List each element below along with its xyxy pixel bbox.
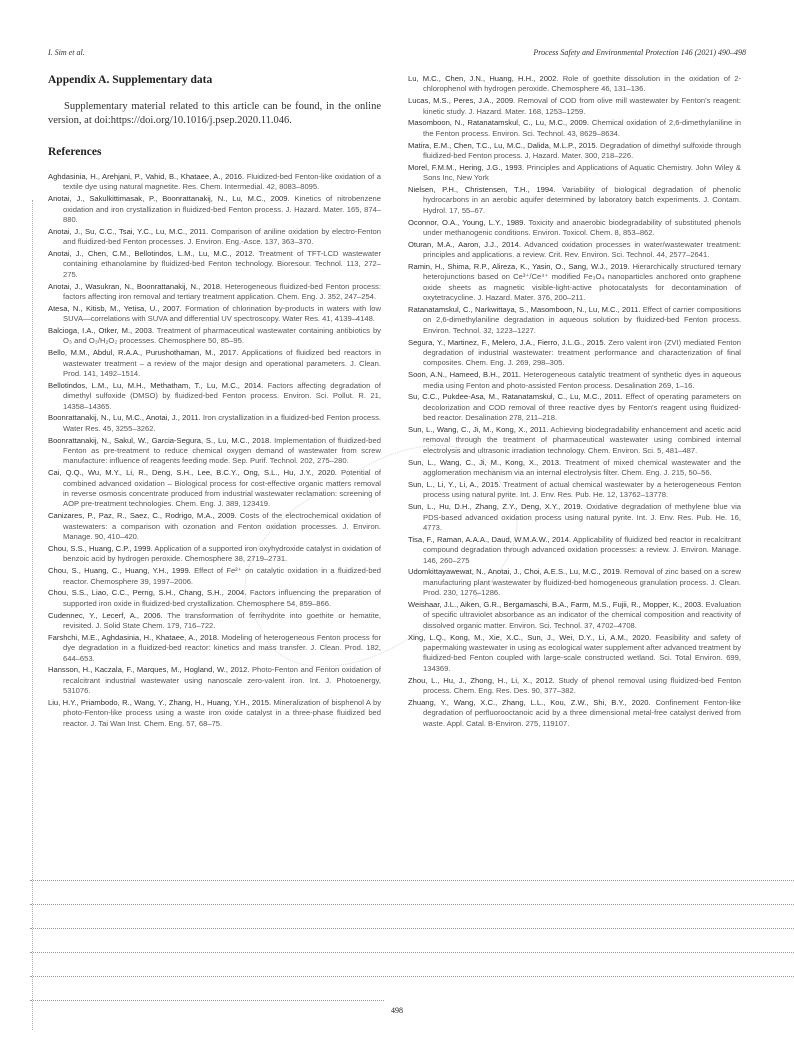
dotted-line: [30, 1000, 384, 1001]
reference-item: Sun, L., Hu, D.H., Zhang, Z.Y., Deng, X.…: [408, 502, 741, 533]
reference-item: Oturan, M.A., Aaron, J.J., 2014. Advance…: [408, 240, 741, 261]
reference-item: Boonrattanakij, N., Sakul, W., Garcia-Se…: [48, 436, 381, 467]
reference-authors: Masomboon, N., Ratanatamskul, C., Lu, M.…: [408, 118, 589, 127]
reference-item: Udomkittayawewat, N., Anotai, J., Choi, …: [408, 567, 741, 598]
reference-authors: Farshchi, M.E., Aghdasinia, H., Khataee,…: [48, 633, 219, 642]
reference-item: Lu, M.C., Chen, J.N., Huang, H.H., 2002.…: [408, 74, 741, 95]
reference-item: Ramin, H., Shima, R.P., Alireza, K., Yas…: [408, 262, 741, 304]
right-column: Lu, M.C., Chen, J.N., Huang, H.H., 2002.…: [408, 74, 741, 730]
reference-authors: Matira, E.M., Chen, T.C., Lu, M.C., Dali…: [408, 141, 598, 150]
reference-item: Canizares, P., Paz, R., Saez, C., Rodrig…: [48, 511, 381, 542]
reference-authors: Chou, S., Huang, C., Huang, Y.H., 1999.: [48, 566, 191, 575]
reference-item: Xing, L.Q., Kong, M., Xie, X.C., Sun, J.…: [408, 633, 741, 675]
reference-authors: Boonrattanakij, N., Sakul, W., Garcia-Se…: [48, 436, 271, 445]
reference-authors: Anotai, J., Su, C.C., Tsai, Y.C., Lu, M.…: [48, 227, 208, 236]
reference-authors: Soon, A.N., Hameed, B.H., 2011.: [408, 370, 521, 379]
page-number: 498: [0, 1006, 794, 1015]
reference-authors: Lu, M.C., Chen, J.N., Huang, H.H., 2002.: [408, 74, 558, 83]
dotted-line: [30, 952, 794, 953]
reference-item: Anotai, J., Chen, C.M., Bellotindos, L.M…: [48, 249, 381, 280]
left-column: Appendix A. Supplementary data Supplemen…: [48, 74, 381, 731]
reference-item: Bello, M.M., Abdul, R.A.A., Purushothama…: [48, 348, 381, 379]
reference-item: Balcioga, I.A., Otker, M., 2003. Treatme…: [48, 326, 381, 347]
reference-item: Matira, E.M., Chen, T.C., Lu, M.C., Dali…: [408, 141, 741, 162]
reference-item: Cai, Q.Q., Wu, M.Y., Li, R., Deng, S.H.,…: [48, 468, 381, 510]
reference-authors: Xing, L.Q., Kong, M., Xie, X.C., Sun, J.…: [408, 633, 651, 642]
reference-list-left: Aghdasinia, H., Arehjani, P., Vahid, B.,…: [48, 172, 381, 729]
references-heading: References: [48, 146, 381, 158]
reference-item: Sun, L., Wang, C., Ji, M., Kong, X., 201…: [408, 425, 741, 456]
reference-item: Zhuang, Y., Wang, X.C., Zhang, L.L., Kou…: [408, 698, 741, 729]
reference-authors: Boonrattanakij, N., Lu, M.C., Anotai, J.…: [48, 413, 201, 422]
reference-item: Soon, A.N., Hameed, B.H., 2011. Heteroge…: [408, 370, 741, 391]
reference-authors: Nielsen, P.H., Christensen, T.H., 1994.: [408, 185, 555, 194]
reference-item: Morel, F.M.M., Hering, J.G., 1993. Princ…: [408, 163, 741, 184]
dotted-line: [30, 928, 794, 929]
reference-item: Boonrattanakij, N., Lu, M.C., Anotai, J.…: [48, 413, 381, 434]
supplementary-text: Supplementary material related to this a…: [48, 100, 381, 128]
reference-authors: Liu, H.Y., Priambodo, R., Wang, Y., Zhan…: [48, 698, 271, 707]
running-head-journal: Process Safety and Environmental Protect…: [533, 48, 746, 57]
reference-item: Ratanatamskul, C., Narkwittaya, S., Maso…: [408, 305, 741, 336]
reference-authors: Ratanatamskul, C., Narkwittaya, S., Maso…: [408, 305, 640, 314]
reference-authors: Cai, Q.Q., Wu, M.Y., Li, R., Deng, S.H.,…: [48, 468, 337, 477]
reference-authors: Canizares, P., Paz, R., Saez, C., Rodrig…: [48, 511, 237, 520]
reference-item: Chou, S., Huang, C., Huang, Y.H., 1999. …: [48, 566, 381, 587]
reference-item: Liu, H.Y., Priambodo, R., Wang, Y., Zhan…: [48, 698, 381, 729]
reference-list-right: Lu, M.C., Chen, J.N., Huang, H.H., 2002.…: [408, 74, 741, 729]
dotted-line: [30, 904, 794, 905]
reference-authors: Sun, L., Wang, C., Ji, M., Kong, X., 201…: [408, 425, 548, 434]
running-head-authors: I. Sim et al.: [48, 48, 85, 57]
reference-authors: Lucas, M.S., Peres, J.A., 2009.: [408, 96, 515, 105]
reference-authors: Tisa, F., Raman, A.A.A., Daud, W.M.A.W.,…: [408, 535, 571, 544]
reference-authors: Balcioga, I.A., Otker, M., 2003.: [48, 326, 154, 335]
reference-authors: Bellotindos, L.M., Lu, M.H., Methatham, …: [48, 381, 263, 390]
reference-authors: Bello, M.M., Abdul, R.A.A., Purushothama…: [48, 348, 238, 357]
reference-item: Weishaar, J.L., Aiken, G.R., Bergamaschi…: [408, 600, 741, 631]
reference-authors: Chou, S.S., Huang, C.P., 1999.: [48, 544, 153, 553]
reference-authors: Sun, L., Hu, D.H., Zhang, Z.Y., Deng, X.…: [408, 502, 583, 511]
reference-item: Chou, S.S., Huang, C.P., 1999. Applicati…: [48, 544, 381, 565]
reference-authors: Atesa, N., Kitisb, M., Yetisa, U., 2007.: [48, 304, 182, 313]
reference-item: Zhou, L., Hu, J., Zhong, H., Li, X., 201…: [408, 676, 741, 697]
reference-item: Su, C.C., Pukdee-Asa, M., Ratanatamskul,…: [408, 392, 741, 423]
reference-authors: Hansson, H., Kaczala, F., Marques, M., H…: [48, 665, 249, 674]
reference-authors: Oturan, M.A., Aaron, J.J., 2014.: [408, 240, 521, 249]
reference-item: Anotai, J., Su, C.C., Tsai, Y.C., Lu, M.…: [48, 227, 381, 248]
reference-item: Masomboon, N., Ratanatamskul, C., Lu, M.…: [408, 118, 741, 139]
reference-authors: Sun, L., Wang, C., Ji, M., Kong, X., 201…: [408, 458, 561, 467]
reference-item: Hansson, H., Kaczala, F., Marques, M., H…: [48, 665, 381, 696]
reference-item: Lucas, M.S., Peres, J.A., 2009. Removal …: [408, 96, 741, 117]
reference-item: Chou, S.S., Liao, C.C., Perng, S.H., Cha…: [48, 588, 381, 609]
reference-authors: Sun, L., Li, Y., Li, A., 2015.: [408, 480, 501, 489]
reference-item: Atesa, N., Kitisb, M., Yetisa, U., 2007.…: [48, 304, 381, 325]
reference-item: Anotai, J., Sakulkittimasak, P., Boonrat…: [48, 194, 381, 225]
reference-authors: Weishaar, J.L., Aiken, G.R., Bergamaschi…: [408, 600, 703, 609]
reference-item: Farshchi, M.E., Aghdasinia, H., Khataee,…: [48, 633, 381, 664]
reference-item: Cudennec, Y., Lecerf, A., 2006. The tran…: [48, 611, 381, 632]
reference-authors: Oconnor, O.A., Young, L.Y., 1989.: [408, 218, 525, 227]
reference-authors: Zhuang, Y., Wang, X.C., Zhang, L.L., Kou…: [408, 698, 651, 707]
reference-item: Oconnor, O.A., Young, L.Y., 1989. Toxici…: [408, 218, 741, 239]
reference-authors: Segura, Y., Martinez, F., Melero, J.A., …: [408, 338, 606, 347]
dotted-line: [30, 880, 794, 881]
journal-page: I. Sim et al. Process Safety and Environ…: [0, 0, 794, 1058]
dotted-line: [30, 976, 794, 977]
reference-authors: Morel, F.M.M., Hering, J.G., 1993.: [408, 163, 524, 172]
reference-item: Nielsen, P.H., Christensen, T.H., 1994. …: [408, 185, 741, 216]
reference-authors: Anotai, J., Wasukran, N., Boonrattanakij…: [48, 282, 222, 291]
reference-authors: Ramin, H., Shima, R.P., Alireza, K., Yas…: [408, 262, 630, 271]
reference-item: Aghdasinia, H., Arehjani, P., Vahid, B.,…: [48, 172, 381, 193]
appendix-heading: Appendix A. Supplementary data: [48, 74, 381, 86]
reference-authors: Aghdasinia, H., Arehjani, P., Vahid, B.,…: [48, 172, 244, 181]
reference-authors: Anotai, J., Sakulkittimasak, P., Boonrat…: [48, 194, 290, 203]
reference-item: Tisa, F., Raman, A.A.A., Daud, W.M.A.W.,…: [408, 535, 741, 566]
reference-authors: Anotai, J., Chen, C.M., Bellotindos, L.M…: [48, 249, 255, 258]
reference-item: Anotai, J., Wasukran, N., Boonrattanakij…: [48, 282, 381, 303]
reference-item: Sun, L., Wang, C., Ji, M., Kong, X., 201…: [408, 458, 741, 479]
running-head: I. Sim et al. Process Safety and Environ…: [48, 48, 746, 62]
reference-item: Sun, L., Li, Y., Li, A., 2015. Treatment…: [408, 480, 741, 501]
reference-authors: Cudennec, Y., Lecerf, A., 2006.: [48, 611, 163, 620]
reference-authors: Udomkittayawewat, N., Anotai, J., Choi, …: [408, 567, 622, 576]
reference-item: Segura, Y., Martinez, F., Melero, J.A., …: [408, 338, 741, 369]
reference-item: Bellotindos, L.M., Lu, M.H., Methatham, …: [48, 381, 381, 412]
dotted-margin-guide: [32, 200, 33, 1030]
reference-authors: Zhou, L., Hu, J., Zhong, H., Li, X., 201…: [408, 676, 555, 685]
reference-authors: Su, C.C., Pukdee-Asa, M., Ratanatamskul,…: [408, 392, 623, 401]
reference-authors: Chou, S.S., Liao, C.C., Perng, S.H., Cha…: [48, 588, 246, 597]
